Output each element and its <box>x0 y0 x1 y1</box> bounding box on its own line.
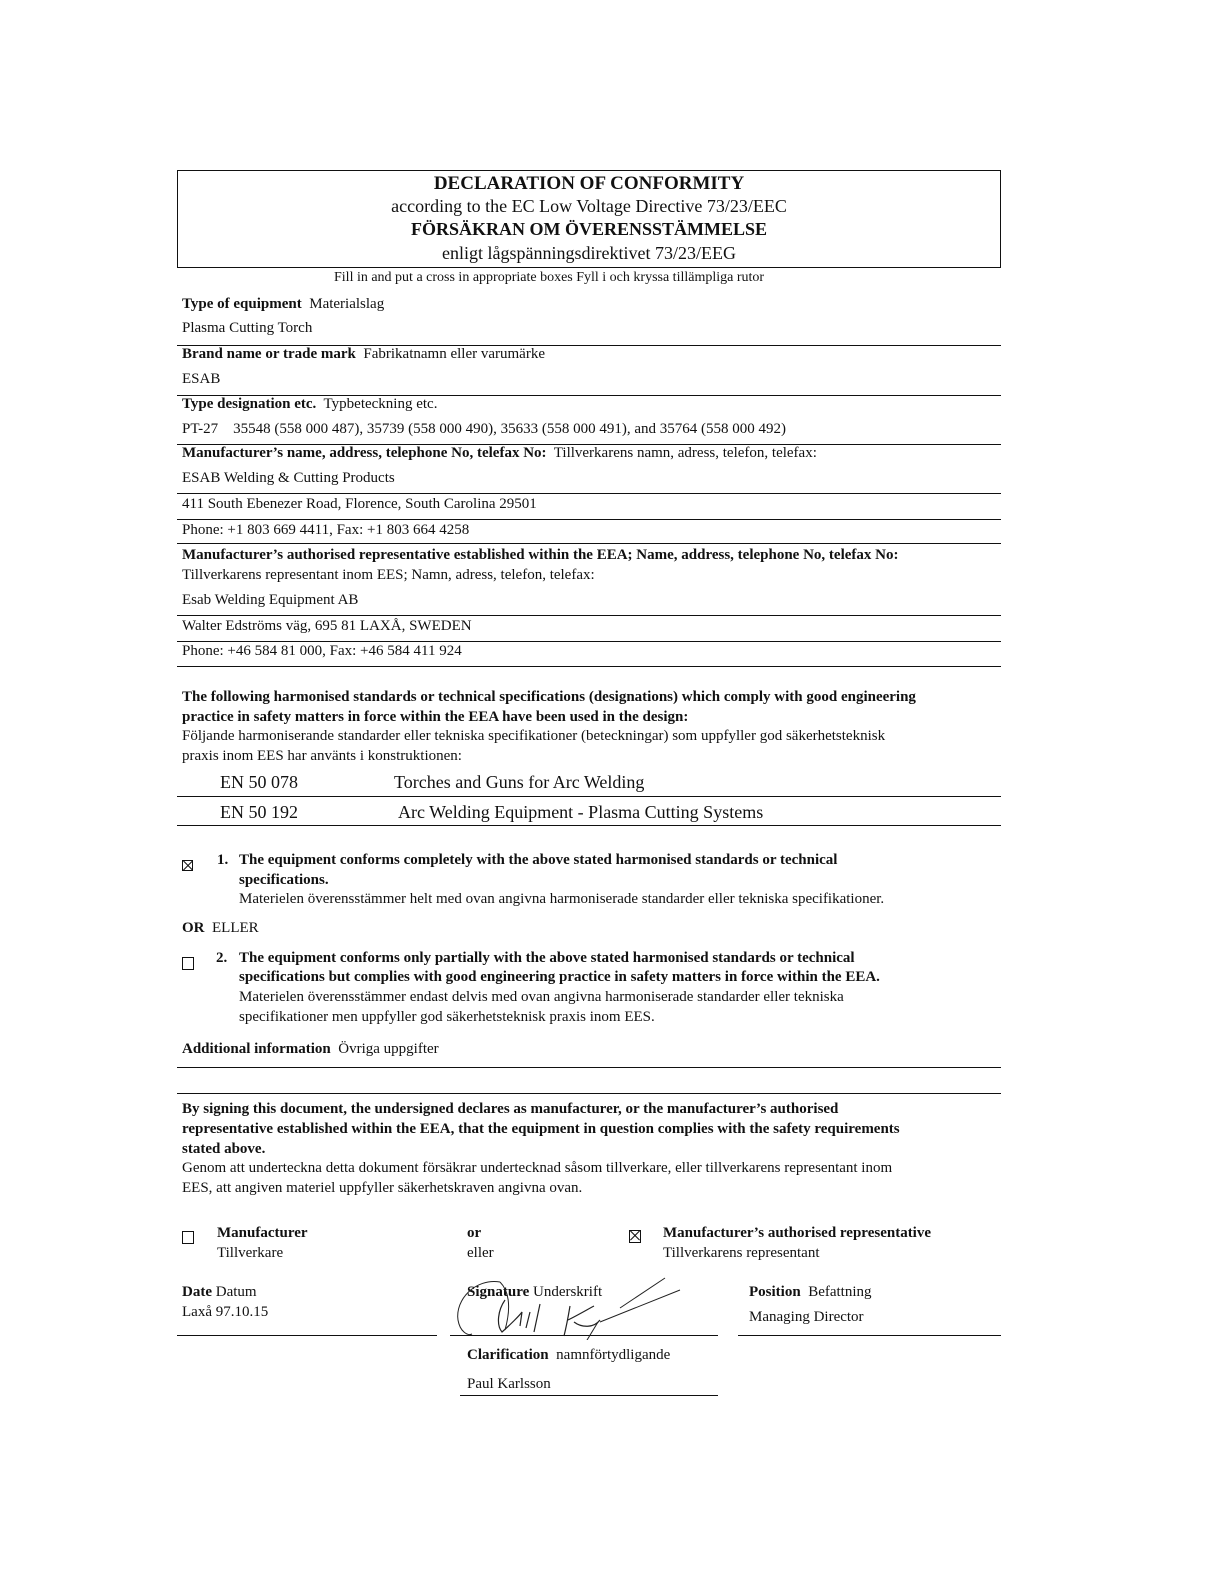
manufacturer-label-sv: Tillverkarens namn, adress, telefon, tel… <box>554 445 817 461</box>
or-label-sv: ELLER <box>212 920 259 936</box>
option-2-text-1: The equipment conforms only partially wi… <box>239 950 855 967</box>
date-value[interactable]: Laxå 97.10.15 <box>182 1304 268 1321</box>
handwritten-signature <box>450 1270 710 1340</box>
standards-intro-sv-2: praxis inom EES har använts i konstrukti… <box>182 748 462 765</box>
signatory-representative-label-sv: Tillverkarens representant <box>663 1245 819 1262</box>
date-label: Date <box>182 1284 212 1300</box>
brand-label-row: Brand name or trade mark Fabrikatnamn el… <box>182 346 545 363</box>
signatory-manufacturer-label: Manufacturer <box>217 1225 308 1242</box>
equipment-label-sv: Materialslag <box>309 296 384 312</box>
designation-model: PT-27 <box>182 421 218 437</box>
option-1-text-1: The equipment conforms completely with t… <box>239 852 837 869</box>
position-value[interactable]: Managing Director <box>749 1309 864 1326</box>
manufacturer-checkbox[interactable] <box>182 1231 194 1244</box>
clarification-label: Clarification <box>467 1347 549 1363</box>
representative-name[interactable]: Esab Welding Equipment AB <box>182 592 358 609</box>
clarification-value[interactable]: Paul Karlsson <box>467 1376 551 1393</box>
option-1-number: 1. <box>217 852 228 869</box>
representative-label-sv: Tillverkarens representant inom EES; Nam… <box>182 567 595 584</box>
additional-label-row: Additional information Övriga uppgifter <box>182 1041 439 1058</box>
additional-value[interactable] <box>182 1065 982 1085</box>
standard-code: EN 50 192 <box>220 802 298 823</box>
signatory-representative-label: Manufacturer’s authorised representative <box>663 1225 931 1242</box>
representative-phone[interactable]: Phone: +46 584 81 000, Fax: +46 584 411 … <box>182 643 462 660</box>
option-1-checkbox[interactable] <box>182 860 193 871</box>
option-2-checkbox[interactable] <box>182 957 194 970</box>
divider <box>460 1395 718 1396</box>
declaration-sv-1: Genom att underteckna detta dokument för… <box>182 1160 892 1177</box>
declaration-text-1: By signing this document, the undersigne… <box>182 1101 838 1118</box>
option-1-text-sv: Materielen överensstämmer helt med ovan … <box>239 891 884 908</box>
divider <box>738 1335 1001 1336</box>
representative-label: Manufacturer’s authorised representative… <box>182 547 898 564</box>
clarification-label-row: Clarification namnförtydligande <box>467 1347 670 1364</box>
date-label-sv: Datum <box>216 1284 257 1300</box>
divider <box>177 1067 1001 1068</box>
standard-title: Torches and Guns for Arc Welding <box>394 772 644 793</box>
manufacturer-label: Manufacturer’s name, address, telephone … <box>182 445 547 461</box>
additional-label-sv: Övriga uppgifter <box>338 1041 438 1057</box>
brand-value[interactable]: ESAB <box>182 371 220 388</box>
standards-intro-1: The following harmonised standards or te… <box>182 689 916 706</box>
designation-label: Type designation etc. <box>182 396 316 412</box>
declaration-text-3: stated above. <box>182 1141 265 1158</box>
divider <box>177 666 1001 667</box>
declaration-sv-2: EES, att angiven materiel uppfyller säke… <box>182 1180 582 1197</box>
representative-checkbox[interactable] <box>629 1230 641 1243</box>
standard-code: EN 50 078 <box>220 772 298 793</box>
option-2-text-sv-1: Materielen överensstämmer endast delvis … <box>239 989 844 1006</box>
declaration-text-2: representative established within the EE… <box>182 1121 900 1138</box>
standards-intro-2: practice in safety matters in force with… <box>182 709 688 726</box>
document-title: DECLARATION OF CONFORMITY <box>178 173 1000 195</box>
signatory-or-label-sv: eller <box>467 1245 494 1262</box>
divider <box>177 1093 1001 1094</box>
brand-label: Brand name or trade mark <box>182 346 356 362</box>
clarification-label-sv: namnförtydligande <box>556 1347 670 1363</box>
header-box: DECLARATION OF CONFORMITY according to t… <box>177 170 1001 268</box>
equipment-value[interactable]: Plasma Cutting Torch <box>182 320 312 337</box>
divider <box>177 519 1001 520</box>
position-label-row: Position Befattning <box>749 1284 872 1301</box>
equipment-label: Type of equipment <box>182 296 302 312</box>
signatory-or-label: or <box>467 1225 481 1242</box>
option-1-text-2: specifications. <box>239 872 329 889</box>
representative-address[interactable]: Walter Edströms väg, 695 81 LAXÅ, SWEDEN <box>182 618 472 635</box>
divider <box>177 493 1001 494</box>
designation-value-row[interactable]: PT-27 35548 (558 000 487), 35739 (558 00… <box>182 421 786 438</box>
or-separator: OR ELLER <box>182 920 259 937</box>
manufacturer-address[interactable]: 411 South Ebenezer Road, Florence, South… <box>182 496 537 513</box>
designation-value: 35548 (558 000 487), 35739 (558 000 490)… <box>233 421 786 437</box>
instruction-text: Fill in and put a cross in appropriate b… <box>334 270 764 286</box>
position-label: Position <box>749 1284 801 1300</box>
signatory-manufacturer-label-sv: Tillverkare <box>217 1245 283 1262</box>
designation-label-row: Type designation etc. Typbeteckning etc. <box>182 396 437 413</box>
or-label: OR <box>182 920 205 936</box>
option-2-number: 2. <box>216 950 227 967</box>
standards-intro-sv-1: Följande harmoniserande standarder eller… <box>182 728 885 745</box>
document-title-sv: FÖRSÄKRAN OM ÖVERENSSTÄMMELSE <box>178 219 1000 240</box>
divider <box>177 543 1001 544</box>
manufacturer-name[interactable]: ESAB Welding & Cutting Products <box>182 470 395 487</box>
brand-label-sv: Fabrikatnamn eller varumärke <box>363 346 545 362</box>
option-2-text-2: specifications but complies with good en… <box>239 969 880 986</box>
option-2-text-sv-2: specifikationer men uppfyller god säkerh… <box>239 1009 655 1026</box>
additional-label: Additional information <box>182 1041 331 1057</box>
divider <box>177 1335 437 1336</box>
position-label-sv: Befattning <box>808 1284 871 1300</box>
divider <box>177 796 1001 797</box>
equipment-label-row: Type of equipment Materialslag <box>182 296 384 313</box>
document-subtitle: according to the EC Low Voltage Directiv… <box>178 196 1000 217</box>
divider <box>450 1335 718 1336</box>
standard-title: Arc Welding Equipment - Plasma Cutting S… <box>398 802 763 823</box>
manufacturer-label-row: Manufacturer’s name, address, telephone … <box>182 445 817 462</box>
divider <box>177 615 1001 616</box>
divider <box>177 641 1001 642</box>
divider <box>177 825 1001 826</box>
document-subtitle-sv: enligt lågspänningsdirektivet 73/23/EEG <box>178 243 1000 264</box>
designation-label-sv: Typbeteckning etc. <box>324 396 438 412</box>
date-label-row: Date Datum <box>182 1284 257 1301</box>
manufacturer-phone[interactable]: Phone: +1 803 669 4411, Fax: +1 803 664 … <box>182 522 469 539</box>
